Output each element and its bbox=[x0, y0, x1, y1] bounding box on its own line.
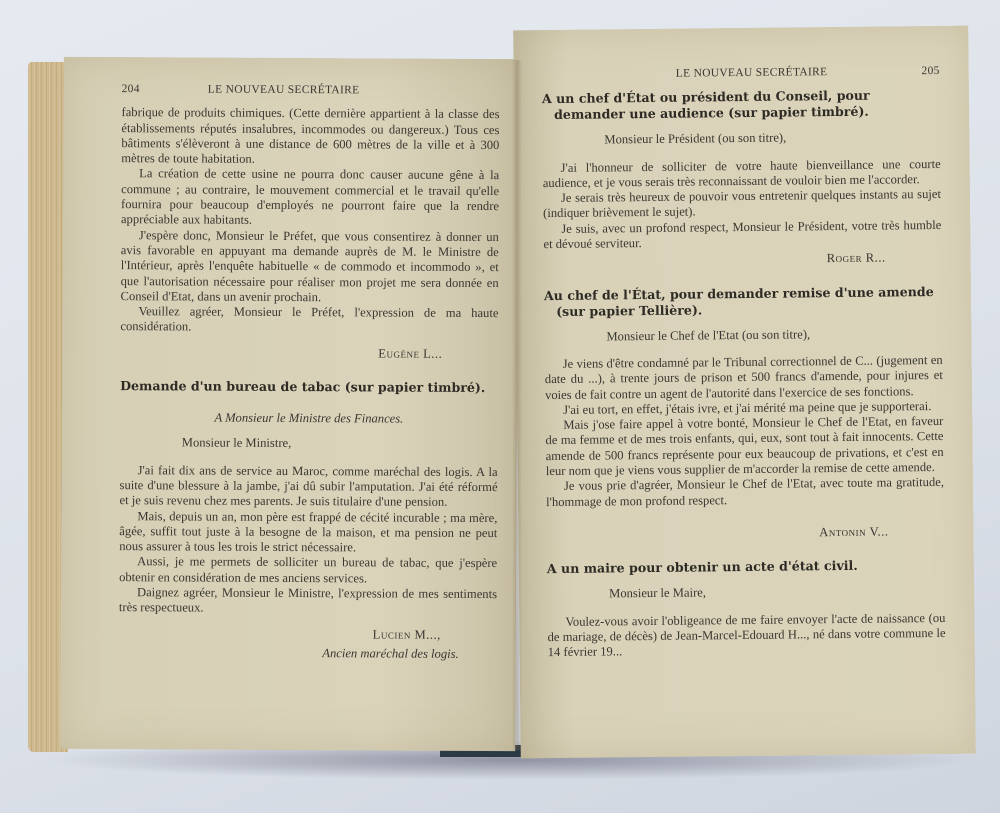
signature: Lucien M..., bbox=[119, 626, 497, 643]
letter-heading: Au chef de l'État, pour demander remise … bbox=[544, 284, 942, 320]
running-head-right: LE NOUVEAU SECRÉTAIRE 205 bbox=[542, 64, 940, 83]
paragraph: Aussi, je me permets de solliciter un bu… bbox=[119, 555, 497, 588]
running-title: LE NOUVEAU SECRÉTAIRE bbox=[140, 82, 500, 99]
page-number: 205 bbox=[921, 64, 939, 79]
signature: Eugène L... bbox=[120, 345, 498, 362]
running-title: LE NOUVEAU SECRÉTAIRE bbox=[542, 64, 922, 83]
addressee: A Monsieur le Ministre des Finances. bbox=[120, 410, 498, 427]
paragraph: J'espère donc, Monsieur le Préfet, que v… bbox=[121, 228, 499, 306]
paragraph: Mais, depuis un an, mon père est frappé … bbox=[119, 509, 497, 557]
paragraph: Je serais très heureux de pouvoir vous e… bbox=[543, 187, 941, 222]
salutation: Monsieur le Maire, bbox=[547, 583, 945, 602]
page-number: 204 bbox=[122, 82, 140, 97]
paragraph: Mais j'ose faire appel à votre bonté, Mo… bbox=[545, 414, 944, 479]
salutation: Monsieur le Ministre, bbox=[120, 435, 498, 452]
left-page-content: 204 LE NOUVEAU SECRÉTAIRE fabrique de pr… bbox=[119, 82, 500, 662]
paragraph: Veuillez agréer, Monsieur le Préfet, l'e… bbox=[120, 304, 498, 337]
salutation: Monsieur le Chef de l'Etat (ou son titre… bbox=[544, 326, 942, 345]
paragraph: Je viens d'être condamné par le Tribunal… bbox=[545, 353, 943, 403]
letter-heading: A un chef d'État ou président du Conseil… bbox=[542, 87, 940, 123]
paragraph: Je suis, avec un profond respect, Monsie… bbox=[543, 218, 941, 253]
paragraph: Je vous prie d'agréer, Monsieur le Chef … bbox=[546, 475, 944, 510]
letter-heading: A un maire pour obtenir un acte d'état c… bbox=[547, 557, 945, 577]
paragraph: Daignez agréer, Monsieur le Ministre, l'… bbox=[119, 585, 497, 618]
running-head-left: 204 LE NOUVEAU SECRÉTAIRE bbox=[122, 82, 500, 99]
signature: Roger R... bbox=[544, 250, 942, 269]
right-page: LE NOUVEAU SECRÉTAIRE 205 A un chef d'Ét… bbox=[513, 26, 976, 759]
paragraph: La création de cette usine ne pourra don… bbox=[121, 167, 499, 230]
paragraph: J'ai l'honneur de solliciter de votre ha… bbox=[543, 157, 941, 192]
signature: Antonin V... bbox=[546, 524, 944, 543]
right-page-content: LE NOUVEAU SECRÉTAIRE 205 A un chef d'Ét… bbox=[542, 64, 946, 661]
salutation: Monsieur le Président (ou son titre), bbox=[542, 129, 940, 148]
paragraph: Voulez-vous avoir l'obligeance de me fai… bbox=[547, 610, 945, 660]
book-gutter bbox=[512, 60, 522, 750]
signature-title: Ancien maréchal des logis. bbox=[119, 645, 497, 662]
letter-heading: Demande d'un bureau de tabac (sur papier… bbox=[120, 378, 498, 396]
paragraph: J'ai fait dix ans de service au Maroc, c… bbox=[119, 463, 497, 511]
left-page: 204 LE NOUVEAU SECRÉTAIRE fabrique de pr… bbox=[60, 57, 519, 751]
paragraph: fabrique de produits chimiques. (Cette d… bbox=[121, 105, 499, 168]
